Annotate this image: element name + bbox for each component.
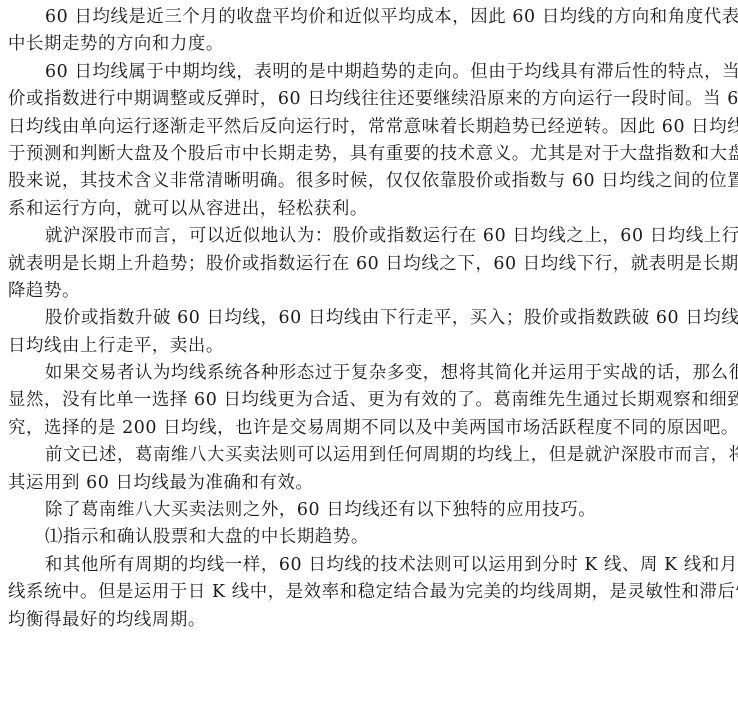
text-line: 日均线由单向运行逐渐走平然后反向运行时，常常意味着长期趋势已经逆转。因此 60 … xyxy=(8,114,730,141)
text-line: 就沪深股市而言，可以近似地认为：股价或指数运行在 60 日均线之上，60 日均线… xyxy=(8,223,730,250)
paragraph-granville-rules: 前文已述，葛南维八大买卖法则可以运用到任何周期的均线上，但是就沪深股市而言，将 … xyxy=(8,442,730,497)
document-page: 60 日均线是近三个月的收盘平均价和近似平均成本，因此 60 日均线的方向和角度… xyxy=(8,4,730,634)
paragraph-daily-k-line: 和其他所有周期的均线一样，60 日均线的技术法则可以运用到分时 K 线、周 K … xyxy=(8,552,730,634)
section-heading-1: ⑴指示和确认股票和大盘的中长期趋势。 xyxy=(8,524,730,551)
paragraph-buy-sell-signal: 股价或指数升破 60 日均线，60 日均线由下行走平，买入；股价或指数跌破 60… xyxy=(8,305,730,360)
text-line: 均衡得最好的均线周期。 xyxy=(8,607,730,634)
text-line: 就表明是长期上升趋势；股价或指数运行在 60 日均线之下，60 日均线下行，就表… xyxy=(8,251,730,278)
paragraph-60day-definition: 60 日均线是近三个月的收盘平均价和近似平均成本，因此 60 日均线的方向和角度… xyxy=(8,4,730,59)
numbered-heading: ⑴指示和确认股票和大盘的中长期趋势。 xyxy=(8,524,730,551)
text-line: 如果交易者认为均线系统各种形态过于复杂多变，想将其简化并运用于实战的话，那么很 xyxy=(8,360,730,387)
text-line: 究，选择的是 200 日均线，也许是交易周期不同以及中美两国市场活跃程度不同的原… xyxy=(8,415,730,442)
text-line: 前文已述，葛南维八大买卖法则可以运用到任何周期的均线上，但是就沪深股市而言，将 xyxy=(8,442,730,469)
text-line: 价或指数进行中期调整或反弹时，60 日均线往往还要继续沿原来的方向运行一段时间。… xyxy=(8,86,730,113)
text-line: 线系统中。但是运用于日 K 线中，是效率和稳定结合最为完美的均线周期，是灵敏性和… xyxy=(8,579,730,606)
text-line: 和其他所有周期的均线一样，60 日均线的技术法则可以运用到分时 K 线、周 K … xyxy=(8,552,730,579)
text-line: 其运用到 60 日均线最为准确和有效。 xyxy=(8,470,730,497)
text-line: 60 日均线属于中期均线，表明的是中期趋势的走向。但由于均线具有滞后性的特点，当… xyxy=(8,59,730,86)
text-line: 日均线由上行走平，卖出。 xyxy=(8,333,730,360)
paragraph-shanghai-shenzhen-market: 就沪深股市而言，可以近似地认为：股价或指数运行在 60 日均线之上，60 日均线… xyxy=(8,223,730,305)
text-line: 60 日均线是近三个月的收盘平均价和近似平均成本，因此 60 日均线的方向和角度… xyxy=(8,4,730,31)
text-line: 股来说，其技术含义非常清晰明确。很多时候，仅仅依靠股价或指数与 60 日均线之间… xyxy=(8,168,730,195)
text-line: 除了葛南维八大买卖法则之外，60 日均线还有以下独特的应用技巧。 xyxy=(8,497,730,524)
text-line: 系和运行方向，就可以从容进出，轻松获利。 xyxy=(8,196,730,223)
text-line: 于预测和判断大盘及个股后市中长期走势，具有重要的技术意义。尤其是对于大盘指数和大… xyxy=(8,141,730,168)
text-line: 股价或指数升破 60 日均线，60 日均线由下行走平，买入；股价或指数跌破 60… xyxy=(8,305,730,332)
text-line: 降趋势。 xyxy=(8,278,730,305)
text-line: 显然，没有比单一选择 60 日均线更为合适、更为有效的了。葛南维先生通过长期观察… xyxy=(8,387,730,414)
text-line: 中长期走势的方向和力度。 xyxy=(8,31,730,58)
paragraph-medium-term-trend: 60 日均线属于中期均线，表明的是中期趋势的走向。但由于均线具有滞后性的特点，当… xyxy=(8,59,730,223)
paragraph-unique-techniques: 除了葛南维八大买卖法则之外，60 日均线还有以下独特的应用技巧。 xyxy=(8,497,730,524)
paragraph-simplification: 如果交易者认为均线系统各种形态过于复杂多变，想将其简化并运用于实战的话，那么很 … xyxy=(8,360,730,442)
